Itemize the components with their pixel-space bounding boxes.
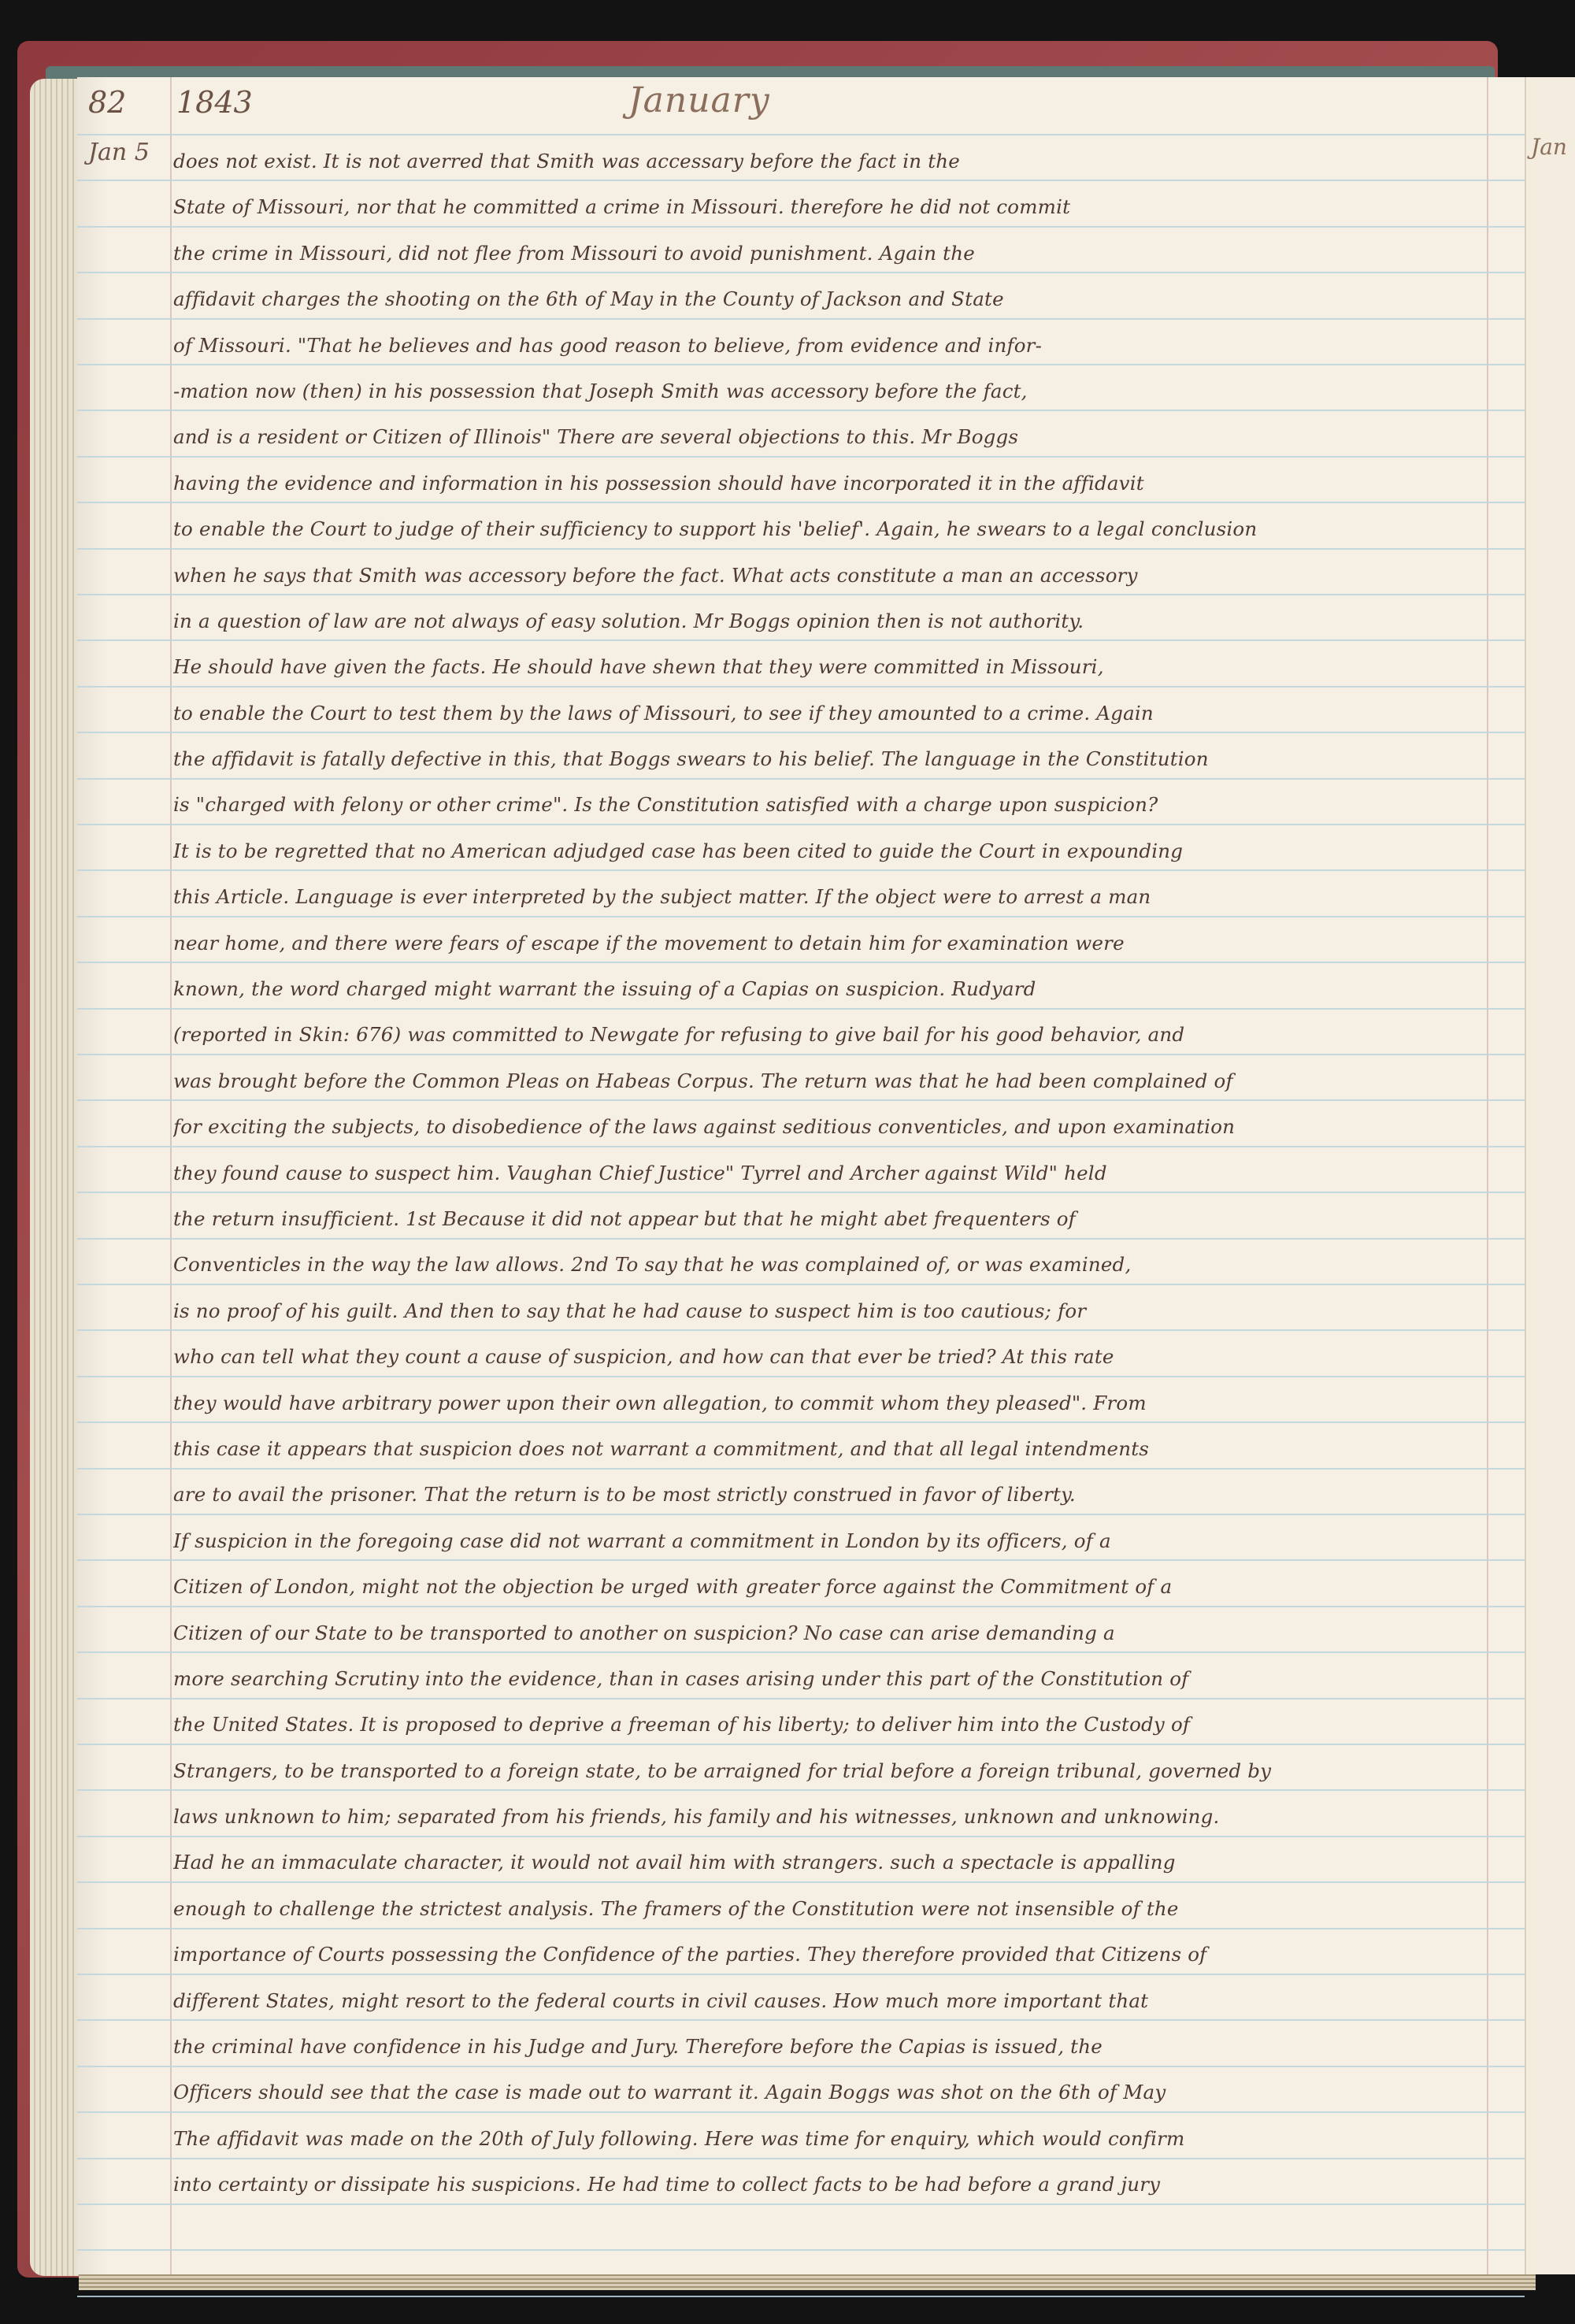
text-line: enough to challenge the strictest analys… xyxy=(173,1886,1543,1932)
text-line: Citizen of London, might not the objecti… xyxy=(173,1564,1543,1610)
text-line: the return insufficient. 1st Because it … xyxy=(173,1196,1543,1242)
ruled-line xyxy=(77,2296,1525,2297)
margin-date-note: Jan 5 xyxy=(88,139,150,166)
month-heading: January xyxy=(628,80,770,120)
text-line: to enable the Court to judge of their su… xyxy=(173,506,1543,552)
text-line: this case it appears that suspicion does… xyxy=(173,1426,1543,1472)
facing-page-edge xyxy=(1525,77,1575,2274)
text-line: the criminal have confidence in his Judg… xyxy=(173,2024,1543,2070)
text-line: different States, might resort to the fe… xyxy=(173,1978,1543,2024)
text-line: If suspicion in the foregoing case did n… xyxy=(173,1518,1543,1564)
text-line: was brought before the Common Pleas on H… xyxy=(173,1058,1543,1104)
text-line: the crime in Missouri, did not flee from… xyxy=(173,231,1543,276)
text-line: laws unknown to him; separated from his … xyxy=(173,1794,1543,1840)
text-line: the affidavit is fatally defective in th… xyxy=(173,736,1543,782)
ruled-line xyxy=(77,134,1525,135)
text-line: does not exist. It is not averred that S… xyxy=(173,139,1543,184)
text-line: is no proof of his guilt. And then to sa… xyxy=(173,1288,1543,1334)
text-line: The affidavit was made on the 20th of Ju… xyxy=(173,2116,1543,2162)
text-line: near home, and there were fears of escap… xyxy=(173,921,1543,966)
handwritten-text-body: does not exist. It is not averred that S… xyxy=(173,139,1543,2208)
ruled-line xyxy=(77,2249,1525,2251)
text-line: He should have given the facts. He shoul… xyxy=(173,644,1543,690)
text-line: they would have arbitrary power upon the… xyxy=(173,1381,1543,1426)
text-line: who can tell what they count a cause of … xyxy=(173,1334,1543,1380)
text-line: and is a resident or Citizen of Illinois… xyxy=(173,414,1543,460)
text-line: (reported in Skin: 676) was committed to… xyxy=(173,1012,1543,1058)
text-line: the United States. It is proposed to dep… xyxy=(173,1702,1543,1748)
text-line: It is to be regretted that no American a… xyxy=(173,828,1543,874)
text-line: this Article. Language is ever interpret… xyxy=(173,874,1543,920)
text-line: State of Missouri, nor that he committed… xyxy=(173,184,1543,230)
text-line: into certainty or dissipate his suspicio… xyxy=(173,2162,1543,2207)
text-line: Conventicles in the way the law allows. … xyxy=(173,1242,1543,1288)
text-line: affidavit charges the shooting on the 6t… xyxy=(173,276,1543,322)
text-line: they found cause to suspect him. Vaughan… xyxy=(173,1151,1543,1196)
text-line: of Missouri. "That he believes and has g… xyxy=(173,323,1543,369)
text-line: having the evidence and information in h… xyxy=(173,461,1543,506)
text-line: known, the word charged might warrant th… xyxy=(173,966,1543,1012)
left-margin-line xyxy=(170,77,172,2274)
text-line: Officers should see that the case is mad… xyxy=(173,2070,1543,2115)
text-line: in a question of law are not always of e… xyxy=(173,599,1543,644)
text-line: when he says that Smith was accessory be… xyxy=(173,553,1543,599)
text-line: to enable the Court to test them by the … xyxy=(173,691,1543,736)
text-line: Had he an immaculate character, it would… xyxy=(173,1840,1543,1885)
text-line: is "charged with felony or other crime".… xyxy=(173,782,1543,828)
ledger-page: 82 1843 January Jan 5 does not exist. It… xyxy=(77,77,1525,2274)
page-header: 82 1843 January xyxy=(77,77,1525,132)
text-line: are to avail the prisoner. That the retu… xyxy=(173,1472,1543,1518)
text-line: importance of Courts possessing the Conf… xyxy=(173,1932,1543,1977)
facing-page-date-note: Jan xyxy=(1531,134,1567,160)
year: 1843 xyxy=(176,85,253,120)
text-line: for exciting the subjects, to disobedien… xyxy=(173,1104,1543,1150)
text-line: Strangers, to be transported to a foreig… xyxy=(173,1748,1543,1794)
text-line: -mation now (then) in his possession tha… xyxy=(173,369,1543,414)
text-line: more searching Scrutiny into the evidenc… xyxy=(173,1656,1543,1702)
text-line: Citizen of our State to be transported t… xyxy=(173,1610,1543,1656)
page-number: 82 xyxy=(88,85,126,120)
